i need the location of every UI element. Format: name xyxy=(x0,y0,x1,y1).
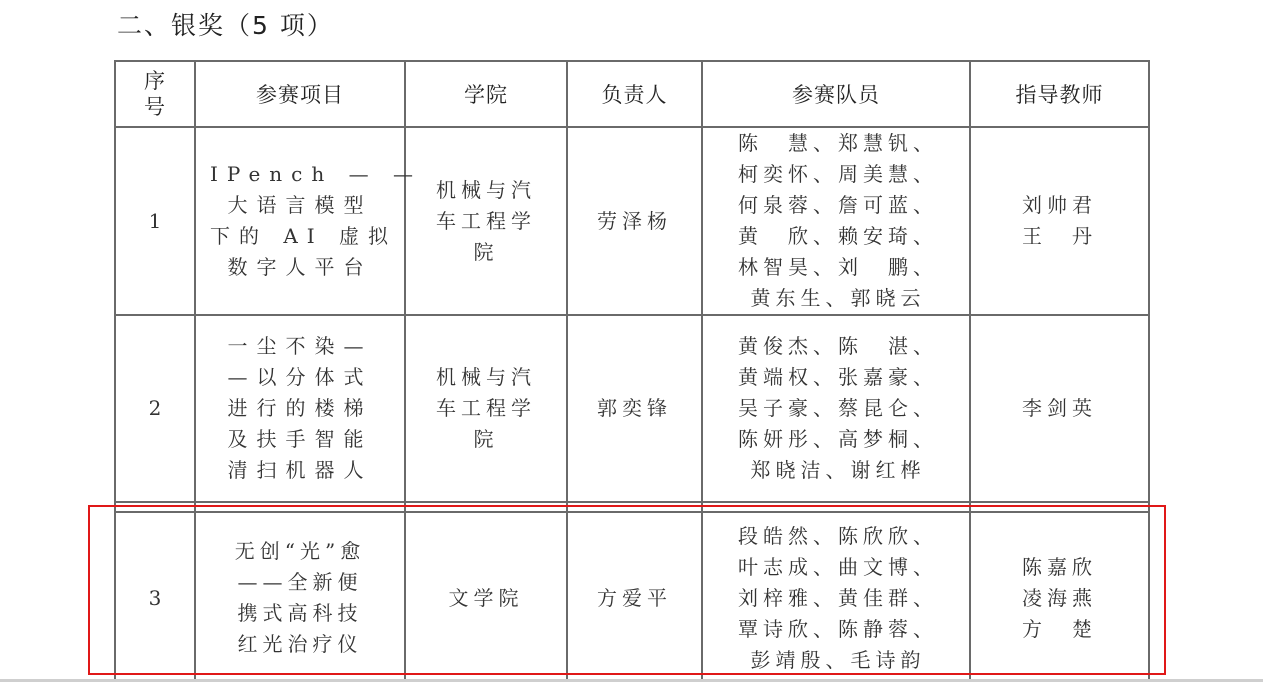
advisor-line: 王 丹 xyxy=(971,221,1148,252)
member-line: 陈 慧、郑慧钒、 xyxy=(717,128,959,159)
cell-advisors: 李剑英 xyxy=(970,315,1149,502)
cell-college: 机械与汽 车工程学 院 xyxy=(405,315,567,502)
member-line: 陈妍彤、高梦桐、 xyxy=(717,424,959,455)
table-row: 3 无创“光”愈 ——全新便 携式高科技 红光治疗仪 文学院 方爱平 段皓然、陈… xyxy=(115,512,1149,682)
project-line: 大语言模型 xyxy=(210,190,390,221)
page-break-gap xyxy=(115,502,1149,512)
cell-leader: 劳泽杨 xyxy=(567,127,702,315)
college-line: 车工程学 xyxy=(420,206,552,237)
project-line: —以分体式 xyxy=(210,362,390,393)
cell-project: 一尘不染— —以分体式 进行的楼梯 及扶手智能 清扫机器人 xyxy=(195,315,405,502)
cell-college: 机械与汽 车工程学 院 xyxy=(405,127,567,315)
header-leader: 负责人 xyxy=(567,61,702,127)
member-line: 段皓然、陈欣欣、 xyxy=(717,521,959,552)
advisor-line: 刘帅君 xyxy=(971,190,1148,221)
gap-cell xyxy=(115,502,195,512)
table-header-row: 序 号 参赛项目 学院 负责人 参赛队员 指导教师 xyxy=(115,61,1149,127)
cell-leader: 方爱平 xyxy=(567,512,702,682)
cell-seq: 2 xyxy=(115,315,195,502)
cell-members: 黄俊杰、陈 湛、 黄端权、张嘉豪、 吴子豪、蔡昆仑、 陈妍彤、高梦桐、 郑晓洁、… xyxy=(702,315,970,502)
project-line: 一尘不染— xyxy=(210,331,390,362)
college-line: 机械与汽 xyxy=(420,175,552,206)
cell-project: 无创“光”愈 ——全新便 携式高科技 红光治疗仪 xyxy=(195,512,405,682)
advisor-line: 陈嘉欣 xyxy=(971,552,1148,583)
member-line: 黄东生、郭晓云 xyxy=(717,283,959,314)
member-line: 覃诗欣、陈静蓉、 xyxy=(717,614,959,645)
header-advisors: 指导教师 xyxy=(970,61,1149,127)
cell-college: 文学院 xyxy=(405,512,567,682)
header-seq: 序 号 xyxy=(115,61,195,127)
project-line: 及扶手智能 xyxy=(210,424,390,455)
project-line: 红光治疗仪 xyxy=(210,629,390,660)
header-project: 参赛项目 xyxy=(195,61,405,127)
college-line: 文学院 xyxy=(420,583,552,614)
advisor-line: 李剑英 xyxy=(971,393,1148,424)
gap-cell xyxy=(702,502,970,512)
college-line: 院 xyxy=(420,237,552,268)
cell-project: IPench — — 大语言模型 下的 AI 虚拟 数字人平台 xyxy=(195,127,405,315)
member-line: 彭靖殷、毛诗韵 xyxy=(717,645,959,676)
college-line: 院 xyxy=(420,424,552,455)
project-line: 进行的楼梯 xyxy=(210,393,390,424)
cell-members: 陈 慧、郑慧钒、 柯奕怀、周美慧、 何泉蓉、詹可蓝、 黄 欣、赖安琦、 林智昊、… xyxy=(702,127,970,315)
gap-cell xyxy=(567,502,702,512)
header-college: 学院 xyxy=(405,61,567,127)
advisor-line: 凌海燕 xyxy=(971,583,1148,614)
cell-seq: 1 xyxy=(115,127,195,315)
cell-members: 段皓然、陈欣欣、 叶志成、曲文博、 刘梓雅、黄佳群、 覃诗欣、陈静蓉、 彭靖殷、… xyxy=(702,512,970,682)
member-line: 林智昊、刘 鹏、 xyxy=(717,252,959,283)
header-seq-line: 号 xyxy=(116,94,194,120)
college-line: 车工程学 xyxy=(420,393,552,424)
header-members: 参赛队员 xyxy=(702,61,970,127)
cell-advisors: 刘帅君 王 丹 xyxy=(970,127,1149,315)
project-line: 清扫机器人 xyxy=(210,455,390,486)
advisor-line: 方 楚 xyxy=(971,614,1148,645)
header-seq-line: 序 xyxy=(116,68,194,94)
project-line: 携式高科技 xyxy=(210,598,390,629)
table-row: 2 一尘不染— —以分体式 进行的楼梯 及扶手智能 清扫机器人 机械与汽 车工程… xyxy=(115,315,1149,502)
cell-advisors: 陈嘉欣 凌海燕 方 楚 xyxy=(970,512,1149,682)
gap-cell xyxy=(970,502,1149,512)
member-line: 柯奕怀、周美慧、 xyxy=(717,159,959,190)
member-line: 吴子豪、蔡昆仑、 xyxy=(717,393,959,424)
project-line: 无创“光”愈 xyxy=(210,536,390,567)
project-line: IPench — — xyxy=(210,159,390,190)
college-line: 机械与汽 xyxy=(420,362,552,393)
project-line: 数字人平台 xyxy=(210,252,390,283)
member-line: 黄俊杰、陈 湛、 xyxy=(717,331,959,362)
cell-leader: 郭奕锋 xyxy=(567,315,702,502)
cell-seq: 3 xyxy=(115,512,195,682)
gap-cell xyxy=(195,502,405,512)
project-line: 下的 AI 虚拟 xyxy=(210,221,390,252)
gap-cell xyxy=(405,502,567,512)
member-line: 黄端权、张嘉豪、 xyxy=(717,362,959,393)
member-line: 叶志成、曲文博、 xyxy=(717,552,959,583)
table-row: 1 IPench — — 大语言模型 下的 AI 虚拟 数字人平台 机械与汽 车… xyxy=(115,127,1149,315)
section-title: 二、银奖（5 项） xyxy=(117,6,334,42)
project-line: ——全新便 xyxy=(210,567,390,598)
member-line: 何泉蓉、詹可蓝、 xyxy=(717,190,959,221)
member-line: 郑晓洁、谢红桦 xyxy=(717,455,959,486)
member-line: 黄 欣、赖安琦、 xyxy=(717,221,959,252)
member-line: 刘梓雅、黄佳群、 xyxy=(717,583,959,614)
silver-award-table: 序 号 参赛项目 学院 负责人 参赛队员 指导教师 1 IPench — — 大… xyxy=(114,60,1150,682)
